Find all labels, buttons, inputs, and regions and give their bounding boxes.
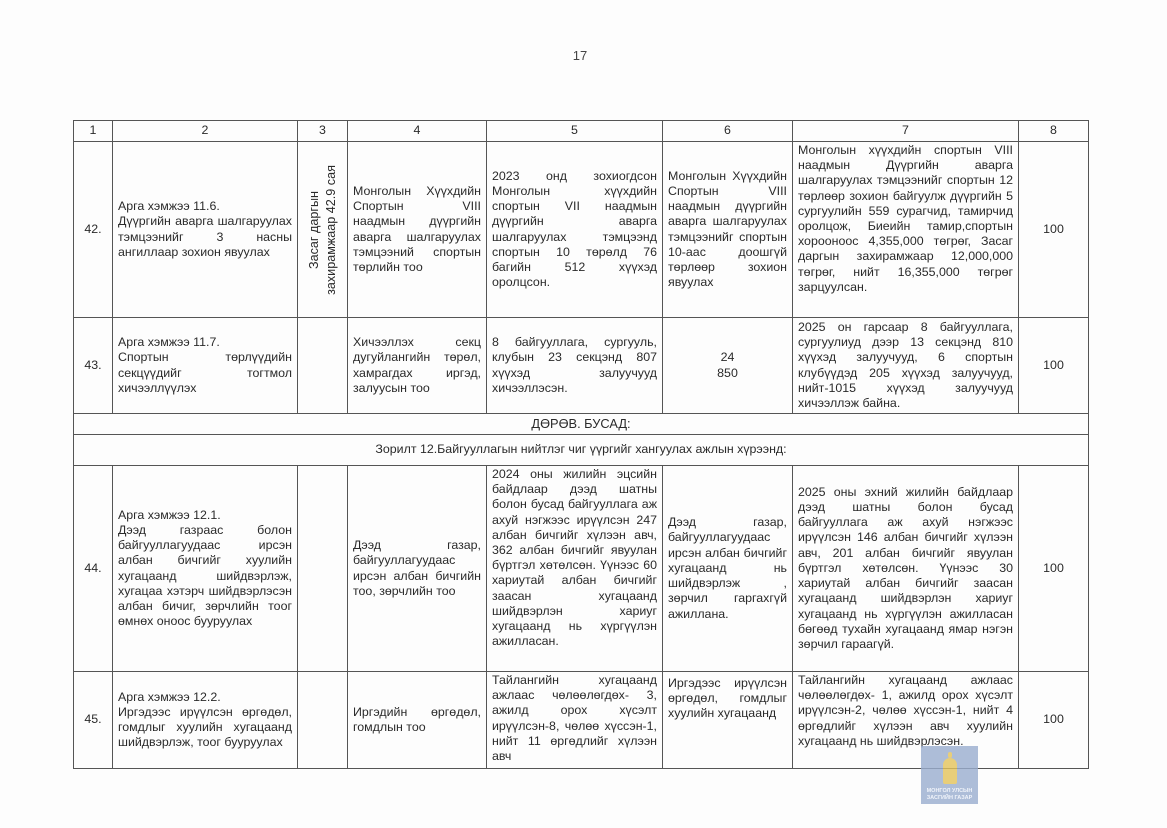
target-text: Иргэдээс ирүүлсэн өргөдөл, гомдлыг хуули… <box>668 673 787 722</box>
activity-cell: Арга хэмжээ 11.7. Спортын төрлүүдийн сек… <box>113 318 298 414</box>
table-row: 44. Арга хэмжээ 12.1. Дээд газраас болон… <box>74 466 1089 672</box>
table-row: 43. Арга хэмжээ 11.7. Спортын төрлүүдийн… <box>74 318 1089 414</box>
activity-text: Арга хэмжээ 12.1. Дээд газраас болон бай… <box>118 508 292 628</box>
government-stamp: МОНГОЛ УЛСЫН ЗАСГИЙН ГАЗАР <box>921 746 978 804</box>
indicator-cell: Дээд газар, байгууллагуудаас ирсэн албан… <box>348 466 487 672</box>
baseline-cell: 2023 онд зохиогдсон Монголын хүүхдийн сп… <box>487 142 663 318</box>
activity-text: Арга хэмжээ 11.7. Спортын төрлүүдийн сек… <box>118 335 292 395</box>
activity-cell: Арга хэмжээ 11.6. Дүүргийн аварга шалгар… <box>113 142 298 318</box>
percent-cell: 100 <box>1019 318 1089 414</box>
percent-cell: 100 <box>1019 672 1089 769</box>
col-header: 6 <box>663 121 793 142</box>
col-header: 4 <box>348 121 487 142</box>
col-header: 1 <box>74 121 113 142</box>
soyombo-emblem-icon <box>943 758 957 784</box>
col-header: 7 <box>793 121 1019 142</box>
baseline-cell: Тайлангийн хугацаанд ажлаас чөлөөлөгдөх-… <box>487 672 663 769</box>
funding-cell <box>298 672 348 769</box>
col-header: 8 <box>1019 121 1089 142</box>
col-header: 5 <box>487 121 663 142</box>
row-number: 45. <box>74 672 113 769</box>
activity-text: Арга хэмжээ 11.6. Дүүргийн аварга шалгар… <box>118 199 292 259</box>
col-header: 3 <box>298 121 348 142</box>
result-cell: 2025 он гарсаар 8 байгууллага, сургуулиу… <box>793 318 1019 414</box>
section-row: ДӨРӨВ. БУСАД: <box>74 414 1089 435</box>
activity-text: Арга хэмжээ 12.2. Иргэдээс ирүүлсэн өргө… <box>118 690 292 750</box>
result-cell: 2025 оны эхний жилийн байдлаар дээд шатн… <box>793 466 1019 672</box>
target-cell: Монголын Хүүхдийн Спортын VIII наадмын д… <box>663 142 793 318</box>
report-table: 1 2 3 4 5 6 7 8 42. Арга хэмжээ 11.6. Дү… <box>73 120 1089 769</box>
stamp-text: МОНГОЛ УЛСЫН ЗАСГИЙН ГАЗАР <box>927 788 973 801</box>
funding-cell <box>298 466 348 672</box>
row-number: 44. <box>74 466 113 672</box>
indicator-cell: Иргэдийн өргөдөл, гомдлын тоо <box>348 672 487 769</box>
indicator-cell: Хичээллэх секц дугуйлангийн төрөл, хамра… <box>348 318 487 414</box>
baseline-text: Тайлангийн хугацаанд ажлаас чөлөөлөгдөх-… <box>492 673 657 764</box>
percent-cell: 100 <box>1019 142 1089 318</box>
percent-cell: 100 <box>1019 466 1089 672</box>
funding-cell: Засаг даргын захирамжаар 42.9 сая <box>298 142 348 318</box>
indicator-cell: Монголын Хүүхдийн Спортын VIII наадмын д… <box>348 142 487 318</box>
result-cell: Тайлангийн хугацаанд ажлаас чөлөөлөгдөх-… <box>793 672 1019 769</box>
baseline-cell: 8 байгууллага, сургууль, клубын 23 секцэ… <box>487 318 663 414</box>
goal-title: Зорилт 12.Байгууллагын нийтлэг чиг үүрги… <box>74 435 1089 466</box>
goal-row: Зорилт 12.Байгууллагын нийтлэг чиг үүрги… <box>74 435 1089 466</box>
page-number: 17 <box>0 48 1160 63</box>
activity-cell: Арга хэмжээ 12.2. Иргэдээс ирүүлсэн өргө… <box>113 672 298 769</box>
row-number: 42. <box>74 142 113 318</box>
funding-cell <box>298 318 348 414</box>
row-number: 43. <box>74 318 113 414</box>
activity-cell: Арга хэмжээ 12.1. Дээд газраас болон бай… <box>113 466 298 672</box>
baseline-cell: 2024 оны жилийн эцсийн байдлаар дээд шат… <box>487 466 663 672</box>
target-cell: Дээд газар, байгууллагуудаас ирсэн албан… <box>663 466 793 672</box>
section-title: ДӨРӨВ. БУСАД: <box>74 414 1089 435</box>
target-cell: 24 850 <box>663 318 793 414</box>
table-row: 42. Арга хэмжээ 11.6. Дүүргийн аварга ша… <box>74 142 1089 318</box>
result-cell: Монголын хүүхдийн спортын VIII наадмын Д… <box>793 142 1019 318</box>
funding-text: Засаг даргын захирамжаар 42.9 сая <box>306 165 340 295</box>
col-header: 2 <box>113 121 298 142</box>
target-cell: Иргэдээс ирүүлсэн өргөдөл, гомдлыг хуули… <box>663 672 793 769</box>
header-row: 1 2 3 4 5 6 7 8 <box>74 121 1089 142</box>
